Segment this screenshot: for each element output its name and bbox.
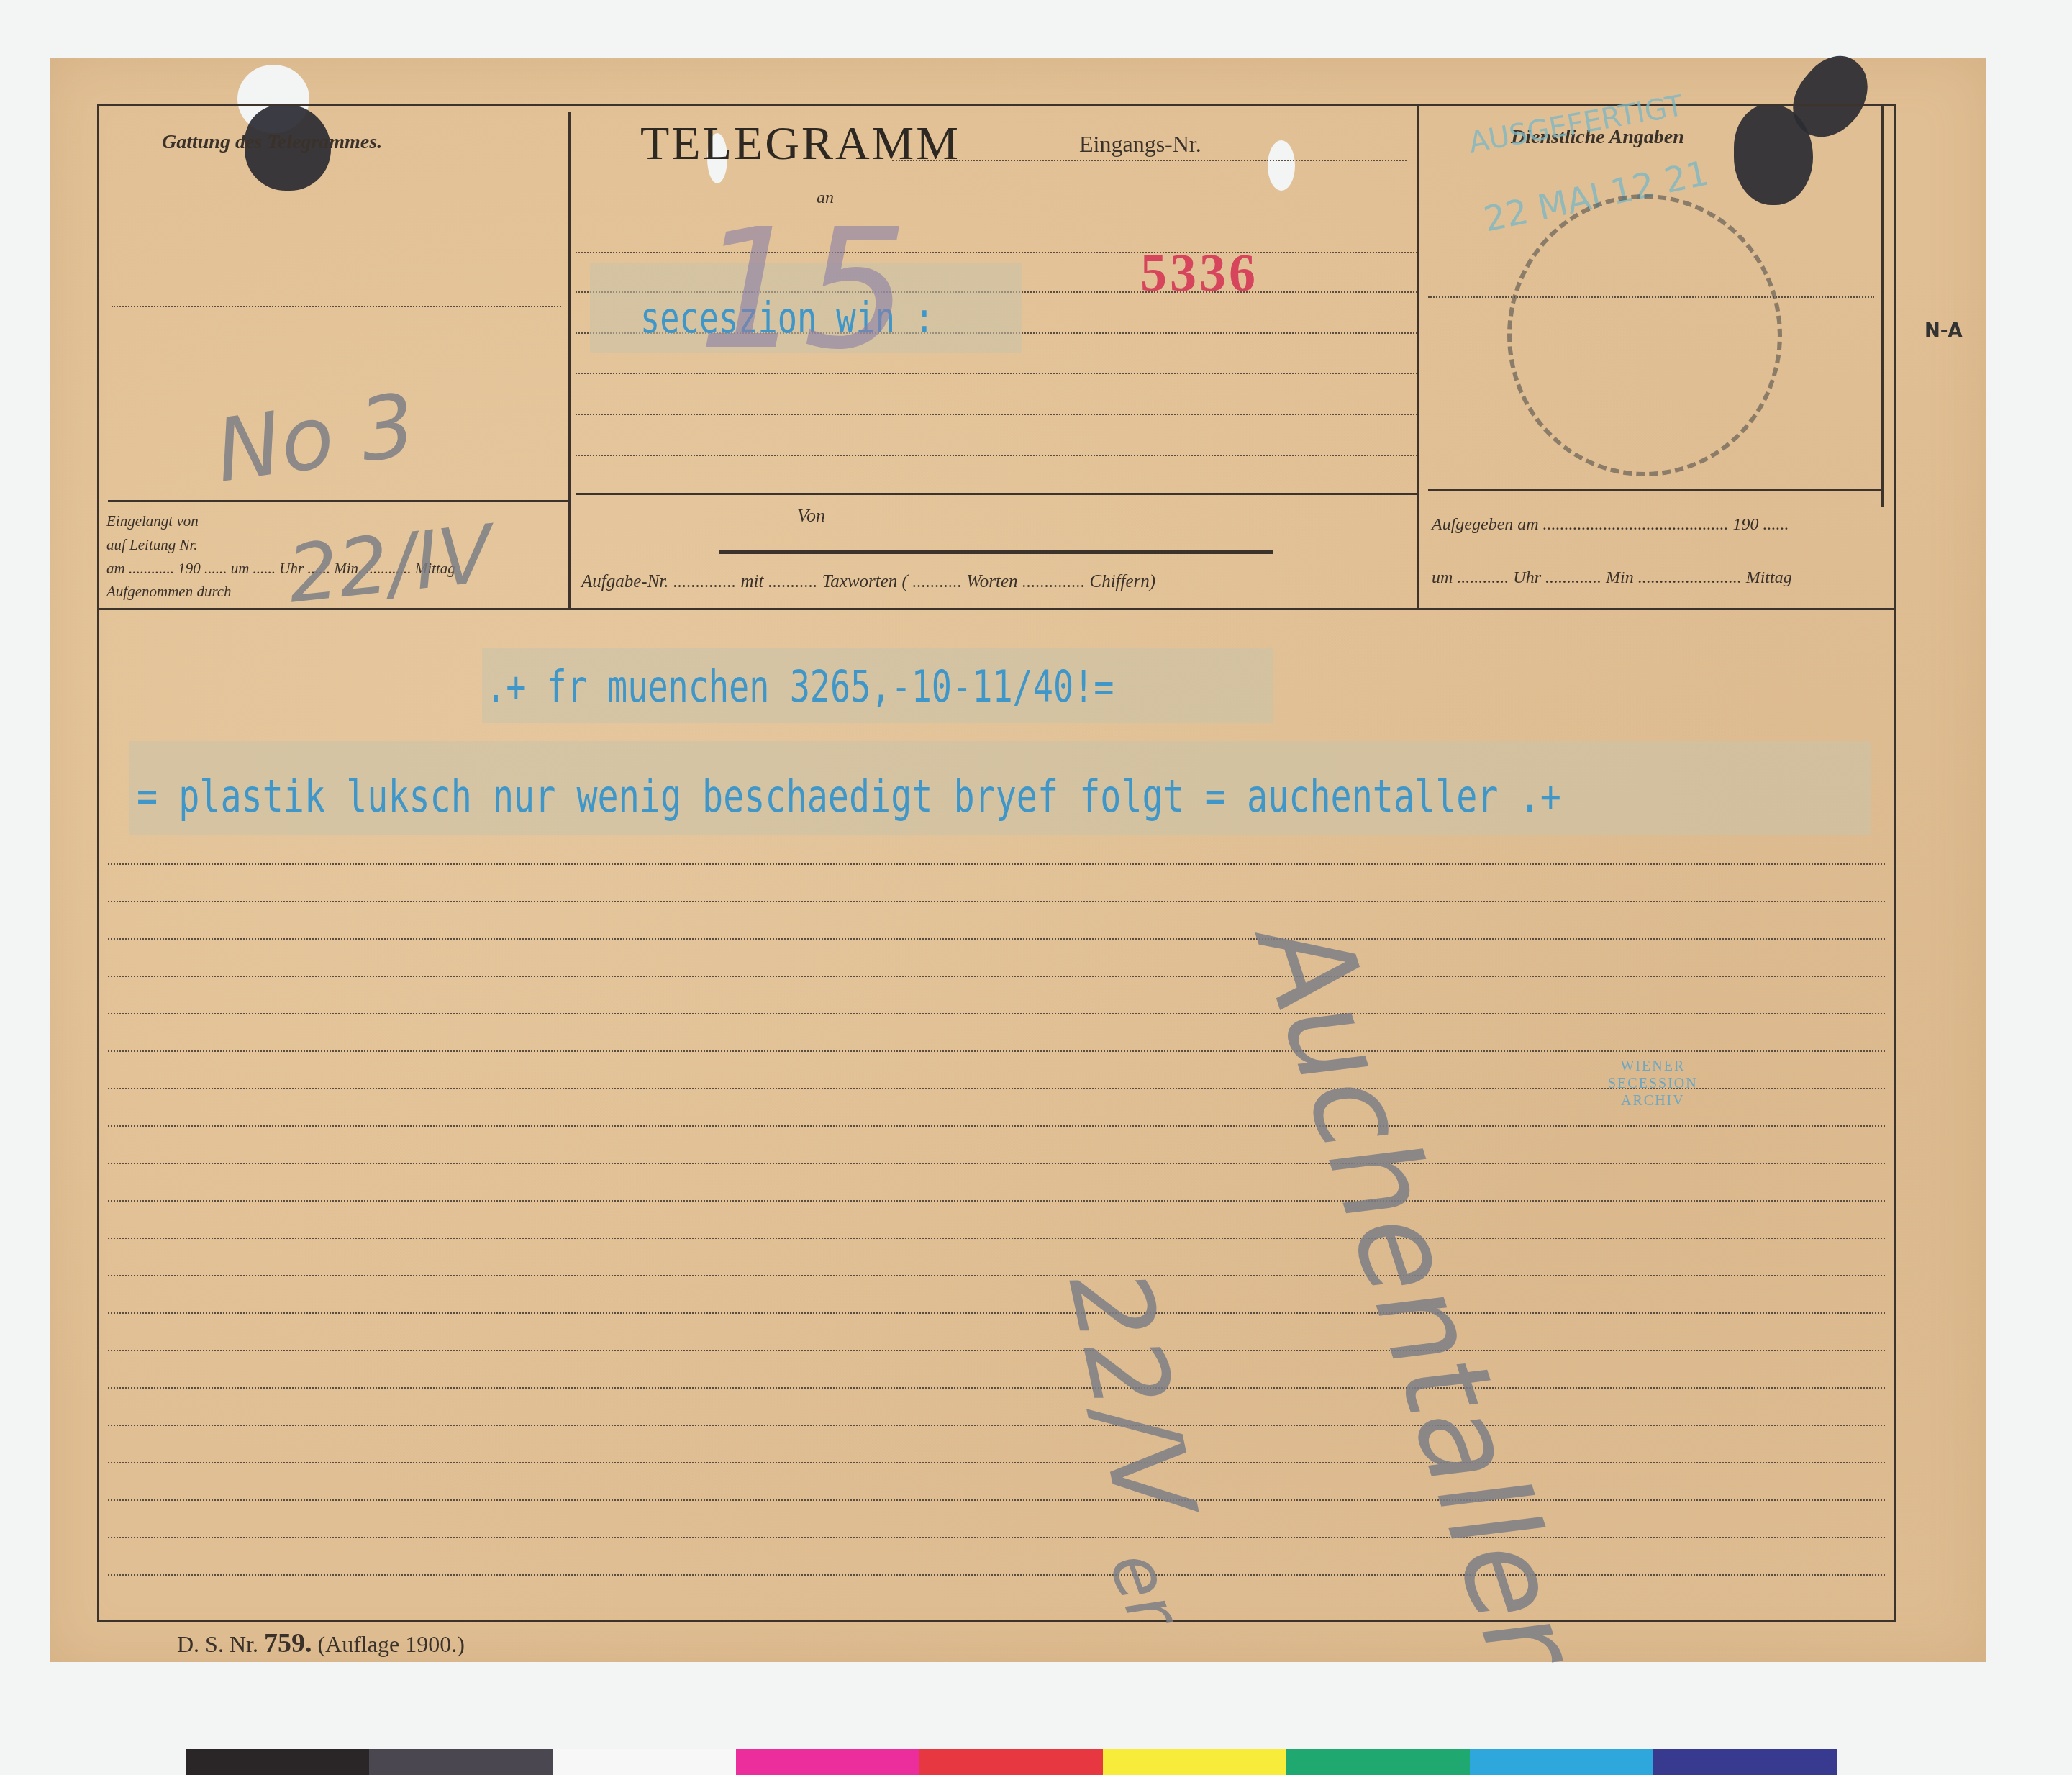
torn-label-fragment: N-A (1925, 320, 1963, 342)
leitung-label: auf Leitung Nr. (106, 536, 198, 554)
aufgegeben-label: Aufgegeben am ..........................… (1432, 515, 1789, 535)
color-swatch (186, 1749, 369, 1775)
telegram-title: TELEGRAMM (640, 117, 960, 171)
color-swatch (1286, 1749, 1470, 1775)
ruled-line (108, 1238, 1885, 1239)
gattung-label: Gattung des Telegrammes. (162, 131, 382, 154)
von-line (719, 550, 1273, 554)
divider (1428, 489, 1881, 491)
ruled-line (108, 1050, 1885, 1052)
ruled-line (108, 1537, 1885, 1538)
eingangs-nr-label: Eingangs-Nr. (1079, 131, 1201, 158)
ruled-line (108, 1125, 1885, 1127)
footer-number: 759. (264, 1628, 312, 1658)
ruled-line (108, 1574, 1885, 1576)
color-swatch (736, 1749, 919, 1775)
color-calibration-bar (186, 1749, 1837, 1775)
ruled-line (108, 1013, 1885, 1014)
footer-prefix: D. S. Nr. (177, 1631, 258, 1657)
archive-stamp-line: ARCHIV (1608, 1092, 1698, 1109)
ruled-line (108, 863, 1885, 865)
color-swatch (1653, 1749, 1837, 1775)
aufgenommen-label: Aufgenommen durch (106, 583, 232, 601)
ruled-line (108, 901, 1885, 902)
color-swatch (369, 1749, 553, 1775)
an-mark: 15 (698, 194, 909, 386)
ruled-line (108, 1425, 1885, 1426)
ruled-line (108, 1387, 1885, 1389)
ruled-line (108, 1350, 1885, 1351)
color-swatch (919, 1749, 1103, 1775)
torn-edge (1986, 273, 2072, 389)
divider (568, 112, 571, 608)
footer-suffix: (Auflage 1900.) (317, 1631, 464, 1657)
header-typed: .+ fr muenchen 3265,-10-11/40!= (486, 662, 1114, 712)
divider (1881, 104, 1884, 507)
um-line-label: um ............ Uhr ............. Min ..… (1432, 568, 1792, 588)
aufgabe-label: Aufgabe-Nr. .............. mit .........… (581, 572, 1155, 592)
postal-round-stamp (1507, 194, 1782, 476)
ruled-line (108, 1499, 1885, 1501)
message-typed: = plastik luksch nur wenig beschaedigt b… (137, 770, 1561, 822)
form-footer: D. S. Nr. 759. (Auflage 1900.) (177, 1628, 465, 1659)
archive-stamp-line: WIENER (1608, 1058, 1698, 1075)
color-swatch (1103, 1749, 1286, 1775)
ruled-line (108, 1462, 1885, 1463)
color-swatch (553, 1749, 736, 1775)
divider (1417, 104, 1419, 608)
ruled-line (108, 1312, 1885, 1314)
archive-stamp-line: SECESSION (1608, 1075, 1698, 1092)
archive-stamp: WIENER SECESSION ARCHIV (1608, 1058, 1698, 1109)
divider (576, 493, 1417, 495)
von-label: Von (797, 505, 825, 527)
eingangs-number: 5336 (1140, 243, 1258, 304)
color-swatch (1470, 1749, 1653, 1775)
ruled-line (108, 938, 1885, 940)
ruled-line (108, 1275, 1885, 1276)
ruled-line (108, 976, 1885, 977)
eingelangt-label: Eingelangt von (106, 512, 199, 530)
ruled-line (108, 1163, 1885, 1164)
ruled-line (108, 1200, 1885, 1202)
divider (108, 500, 568, 502)
